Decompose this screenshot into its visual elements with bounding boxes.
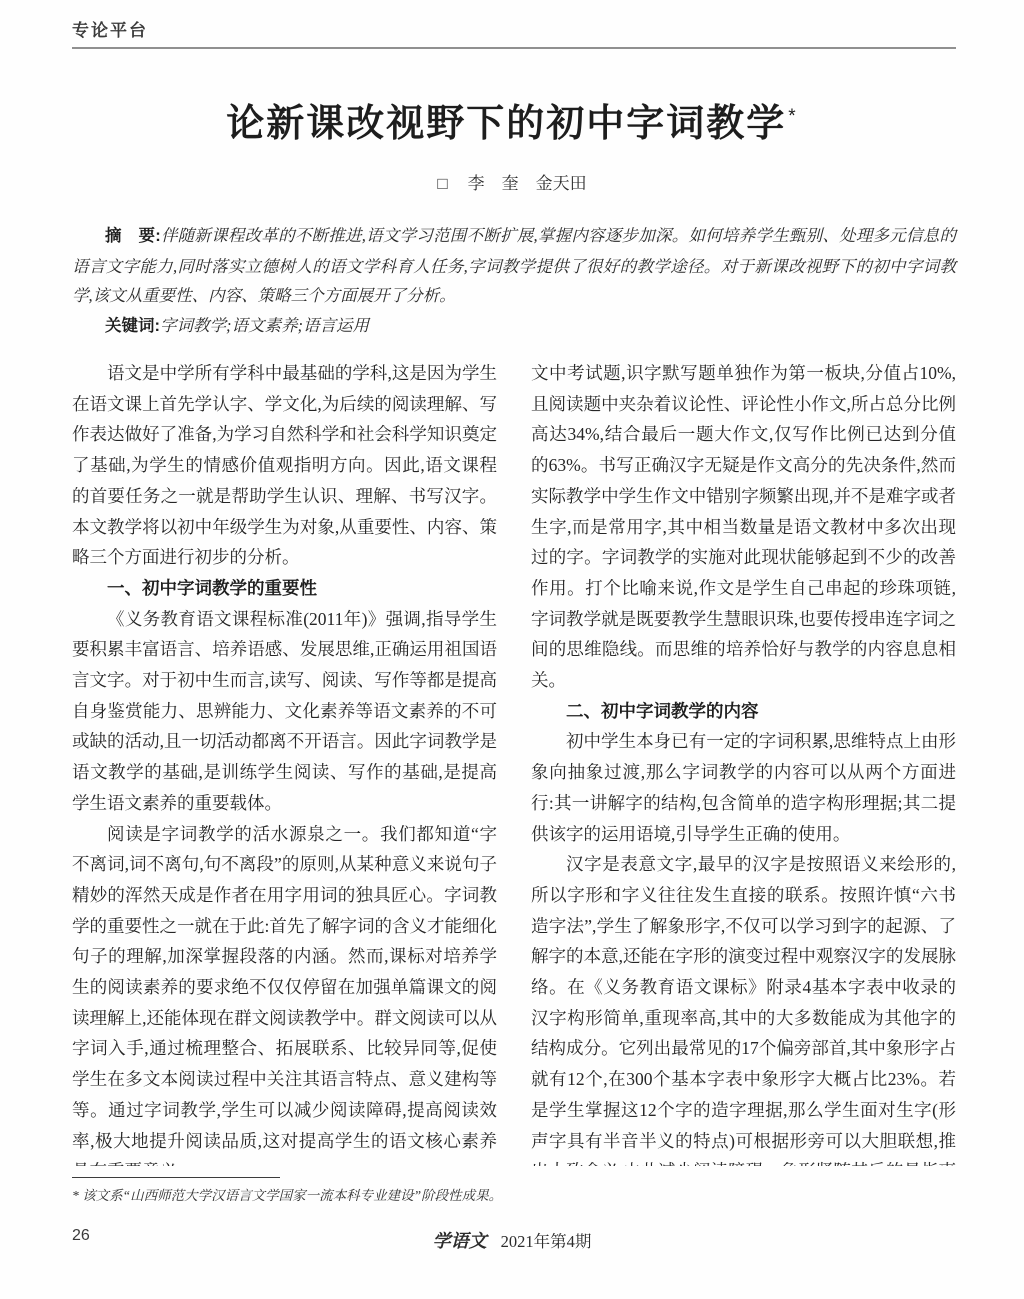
body-paragraph: 阅读是字词教学的活水源泉之一。我们都知道“字不离词,词不离句,句不离段”的原则,… (72, 819, 497, 1166)
page-footer: 26 学语文2021年第4期 (0, 1225, 1024, 1255)
keywords-paragraph: 关键词:字词教学;语文素养;语言运用 (72, 311, 956, 342)
abstract-paragraph: 摘 要:伴随新课程改革的不断推进,语文学习范围不断扩展,掌握内容逐步加深。如何培… (72, 221, 956, 311)
journal-page: 专论平台 论新课改视野下的初中字词教学* □李 奎 金天田 摘 要:伴随新课程改… (0, 0, 1024, 1299)
footer-center: 学语文2021年第4期 (0, 1225, 1024, 1253)
article-title: 论新课改视野下的初中字词教学* (0, 92, 1024, 147)
footnote-rule (72, 1177, 280, 1178)
author-line: □李 奎 金天田 (0, 169, 1024, 194)
body-paragraph: 《义务教育语文课程标准(2011年)》强调,指导学生要积累丰富语言、培养语感、发… (72, 604, 497, 819)
abstract-text: 伴随新课程改革的不断推进,语文学习范围不断扩展,掌握内容逐步加深。如何培养学生甄… (72, 226, 956, 305)
body-paragraph: 汉字是表意文字,最早的汉字是按照语义来绘形的,所以字形和字义往往发生直接的联系。… (531, 849, 956, 1166)
issue-label: 2021年第4期 (501, 1232, 592, 1251)
title-footnote-mark: * (788, 106, 797, 127)
body-paragraph: 初中学生本身已有一定的字词积累,思维特点上由形象向抽象过渡,那么字词教学的内容可… (531, 726, 956, 849)
right-column: 文中考试题,识字默写题单独作为第一板块,分值占10%,且阅读题中夹杂着议论性、评… (531, 358, 956, 1166)
keywords-text: 字词教学;语文素养;语言运用 (160, 316, 369, 335)
abstract-label: 摘 要: (105, 227, 161, 245)
keywords-label: 关键词: (105, 317, 160, 335)
section-heading: 二、初中字词教学的内容 (531, 696, 956, 727)
author-marker-square: □ (437, 174, 447, 194)
header-rule (72, 47, 956, 49)
author-names: 李 奎 金天田 (468, 174, 587, 193)
page-number: 26 (72, 1227, 90, 1245)
column-section-label: 专论平台 (72, 16, 148, 41)
footnote-text: * 该文系“山西师范大学汉语言文学国家一流本科专业建设”阶段性成果。 (72, 1186, 956, 1206)
section-heading: 一、初中字词教学的重要性 (72, 573, 497, 604)
body-columns: 语文是中学所有学科中最基础的学科,这是因为学生在语文课上首先学认字、学文化,为后… (72, 358, 956, 1166)
journal-name: 学语文 (433, 1231, 487, 1252)
left-column: 语文是中学所有学科中最基础的学科,这是因为学生在语文课上首先学认字、学文化,为后… (72, 358, 497, 1166)
body-paragraph: 文中考试题,识字默写题单独作为第一板块,分值占10%,且阅读题中夹杂着议论性、评… (531, 358, 956, 696)
body-paragraph: 语文是中学所有学科中最基础的学科,这是因为学生在语文课上首先学认字、学文化,为后… (72, 358, 497, 573)
abstract-block: 摘 要:伴随新课程改革的不断推进,语文学习范围不断扩展,掌握内容逐步加深。如何培… (72, 221, 956, 341)
article-title-text: 论新课改视野下的初中字词教学 (226, 103, 786, 145)
